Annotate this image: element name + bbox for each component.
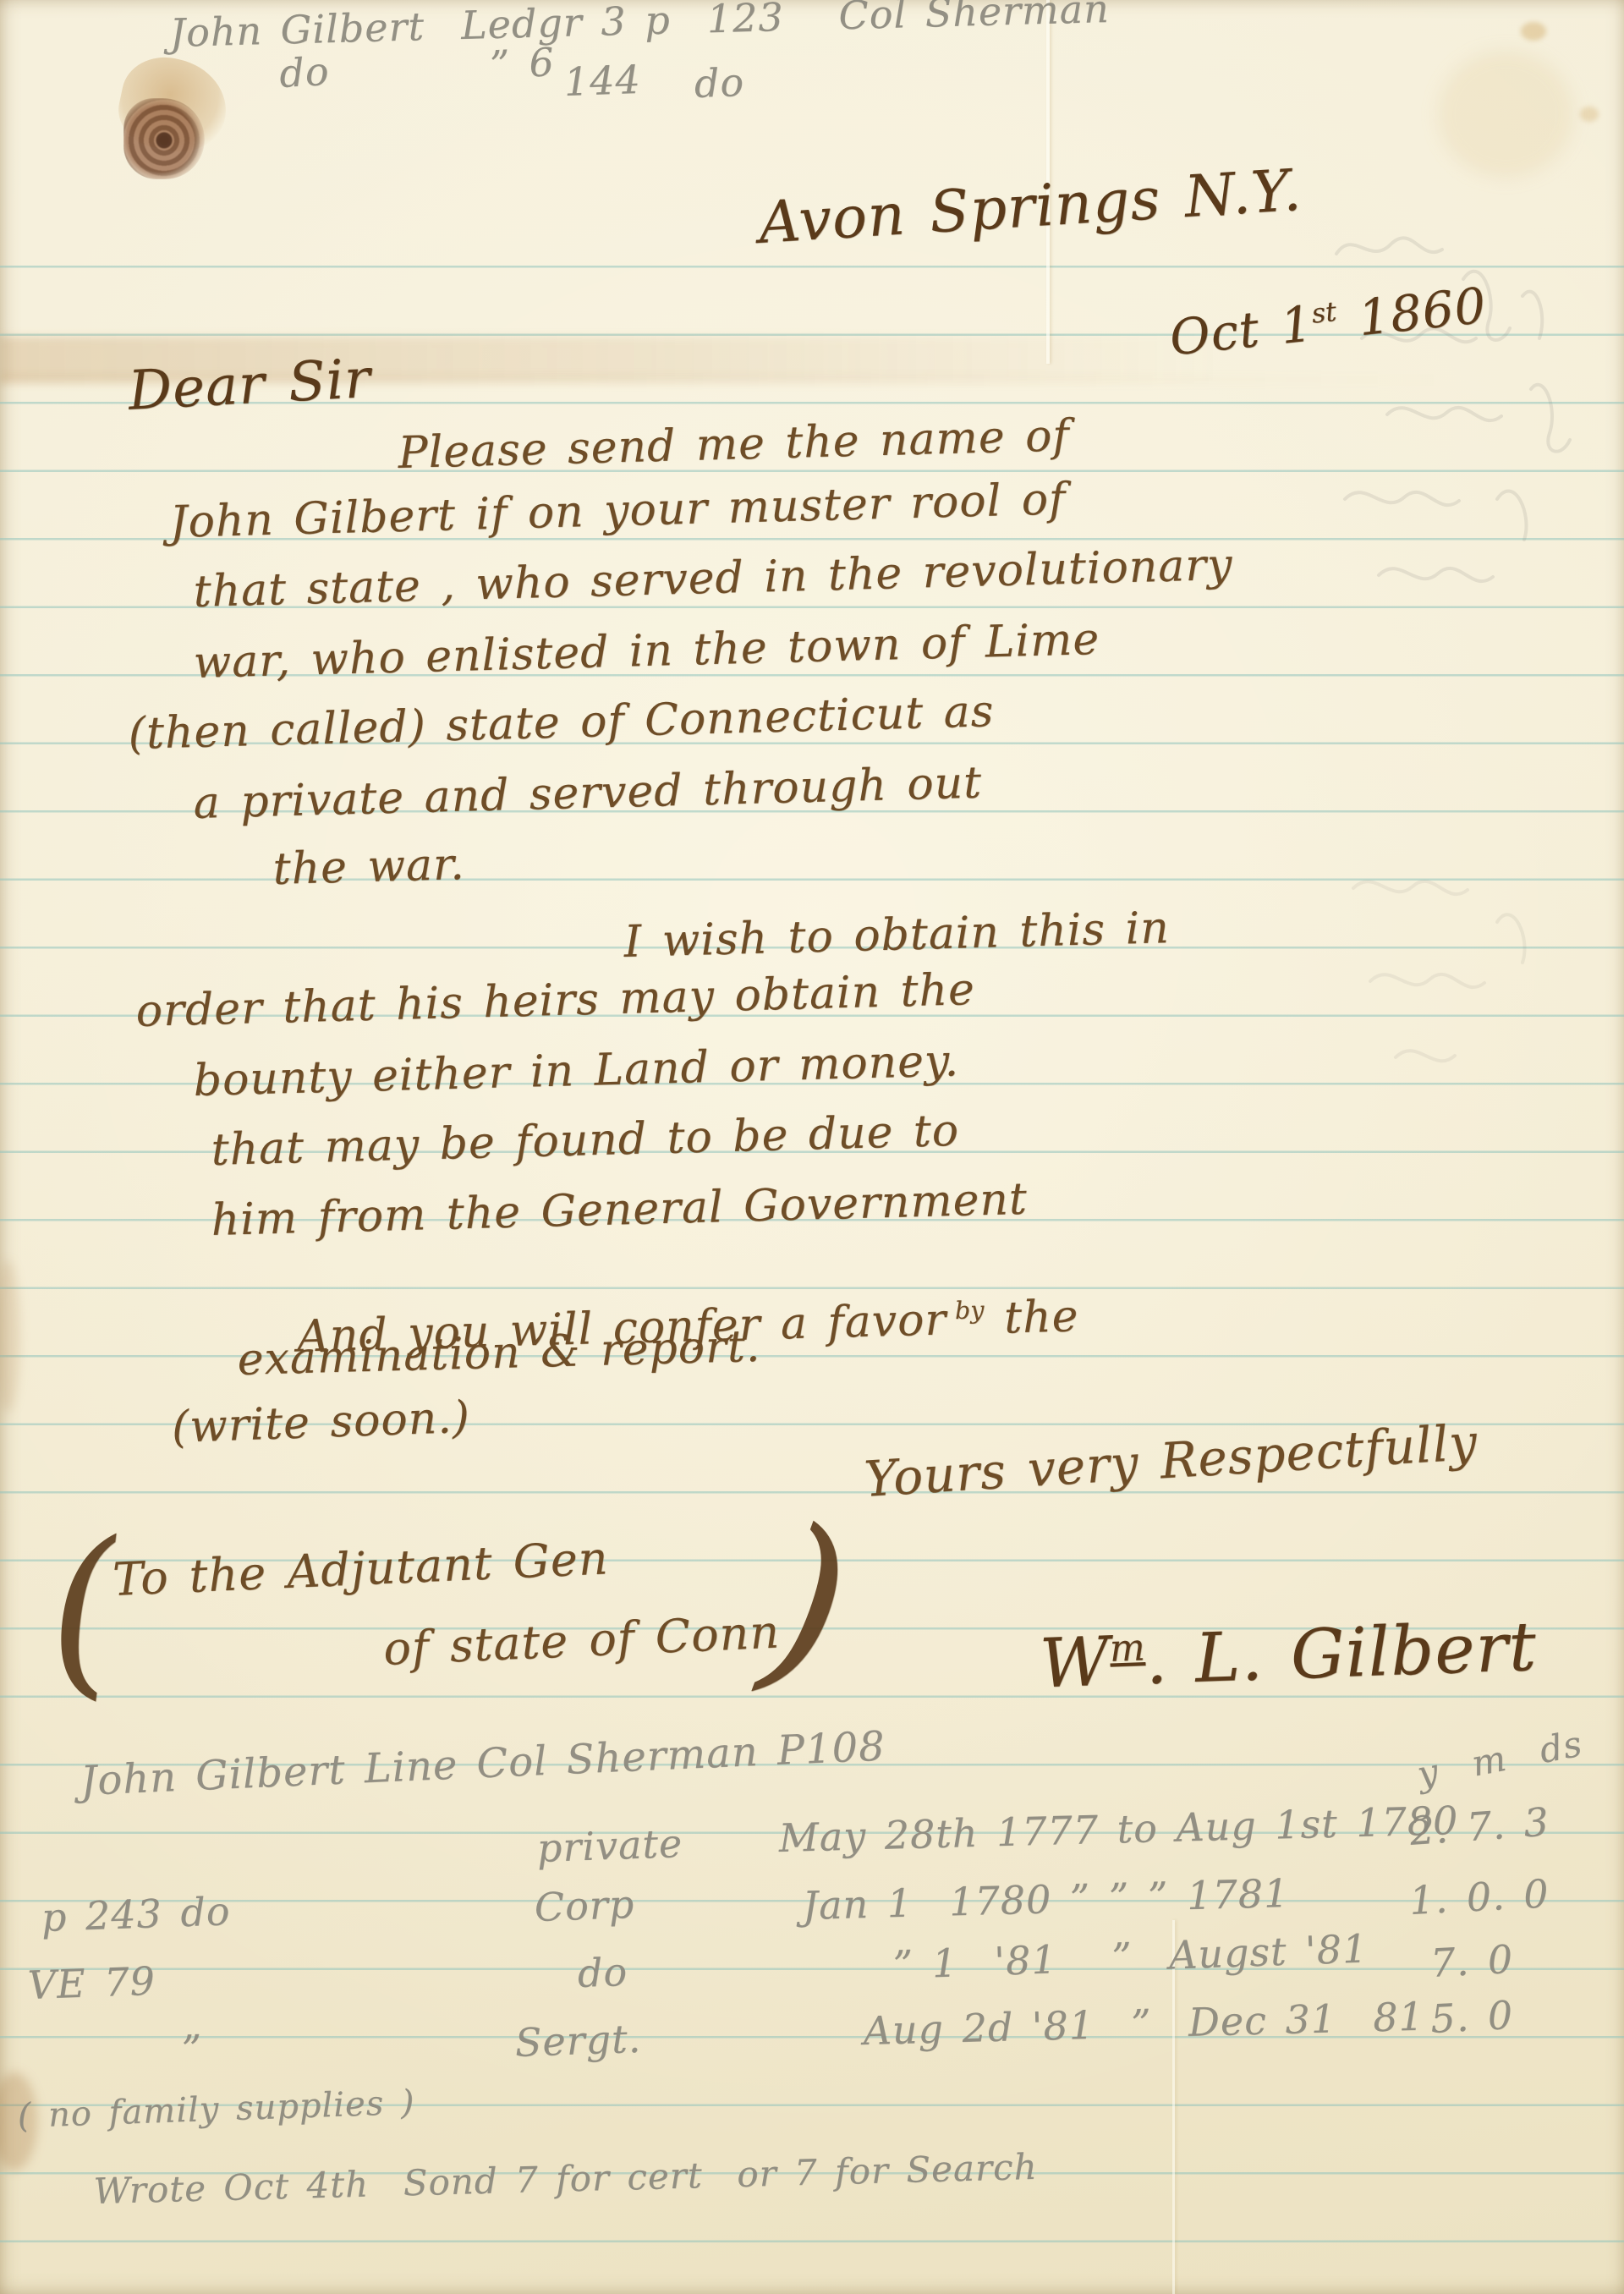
heading-date: Oct 1st 1860 [1076,225,1495,428]
ledger-row-dates: Aug 2d '81 ” Dec 31 81 [863,1995,1424,2053]
ledger-row-rank: Corp [534,1883,635,1929]
heading-date-day: Oct 1 [1167,294,1316,366]
bleed-through-marks [1319,846,1607,1100]
stamp-remnant-paper [112,49,235,161]
ledger-row-amount: 5. 0 [1429,1994,1514,2041]
body-line: a private and served through out [193,760,983,829]
body-line: I wish to obtain this in [623,904,1170,967]
pencil-docket-ditto-3: 144 [563,58,642,104]
body-line: order that his heirs may obtain the [135,966,975,1036]
addressee-close-paren: ) [753,1490,862,1714]
signature-rest: . L. Gilbert [1144,1607,1538,1699]
pencil-docket-line1: John Gilbert Ledgr 3 p 123 Col Sherman [169,0,1110,55]
pencil-docket-ditto-2: ” 6 [489,41,556,87]
signature-superscript: m [1109,1626,1145,1670]
body-line: John Gilbert if on your muster rool of [169,475,1067,547]
addressee-line-2: of state of Conn [382,1607,781,1675]
salutation: Dear Sir [127,349,372,421]
pencil-docket-ditto-1: do [278,50,331,96]
ledger-row-amount: 7. 0 [1429,1938,1514,1985]
body-line: bounty either in Land or money. [193,1037,960,1106]
ledger-row-dates: Jan 1 1780 ” ” ” 1781 [802,1872,1290,1928]
body-line: (then called) state of Connecticut as [128,688,995,759]
ledger-row-amount: 2. 7. 3 [1408,1800,1550,1852]
ledger-row-ref: VE 79 [27,1960,156,2007]
stain-spot [1580,107,1599,122]
stain-spot [1521,22,1546,41]
stain-spot [0,1260,20,1413]
body-line: Please send me the name of [398,412,1070,478]
ledger-row-rank: do [577,1951,628,1995]
heading-place: Avon Springs N.Y. [757,160,1303,256]
body-line: him from the General Government [211,1176,1028,1245]
ledger-row-ref: p 243 do [41,1890,231,1939]
valediction: Yours very Respectfully [863,1416,1479,1507]
body-line-tail: the [984,1292,1079,1345]
stamp-remnant-icon [123,98,205,179]
body-line: the war. [272,841,465,894]
body-line: war, who enlisted in the town of Lime [193,616,1100,688]
ledger-row-dates: ” 1 '81 ” Augst '81 [892,1927,1369,1986]
body-line: that state , who served in the revolutio… [193,541,1233,617]
ledger-row-rank: private [536,1822,683,1870]
heading-date-year: 1860 [1334,277,1489,349]
letter-page: John Gilbert Ledgr 3 p 123 Col Sherman d… [0,0,1624,2294]
ledger-row-amount: 1. 0. 0 [1408,1872,1550,1922]
signature-initial: W [1039,1622,1111,1704]
ledger-footer-note: Wrote Oct 4th Sond 7 for cert or 7 for S… [93,2148,1038,2211]
signature: Wm. L. Gilbert [926,1535,1540,1780]
heading-date-ordinal: st [1310,295,1338,330]
body-line: (write soon.) [171,1394,471,1452]
ledger-row-ref: ” [181,2028,203,2071]
ledger-note: ( no family supplies ) [17,2084,415,2135]
stain-spot [1438,51,1573,178]
addressee-open-paren: ( [41,1509,126,1714]
inserted-word: by [954,1295,984,1325]
body-line: that may be found to be due to [211,1107,960,1175]
pencil-docket-ditto-4: do [694,61,745,106]
addressee-line-1: To the Adjutant Gen [112,1533,610,1605]
ledger-row-rank: Sergt. [514,2017,642,2065]
ledger-title: John Gilbert Line Col Sherman P108 [80,1724,886,1803]
ledger-row-dates: May 28th 1777 to Aug 1st 1780 [778,1799,1459,1860]
